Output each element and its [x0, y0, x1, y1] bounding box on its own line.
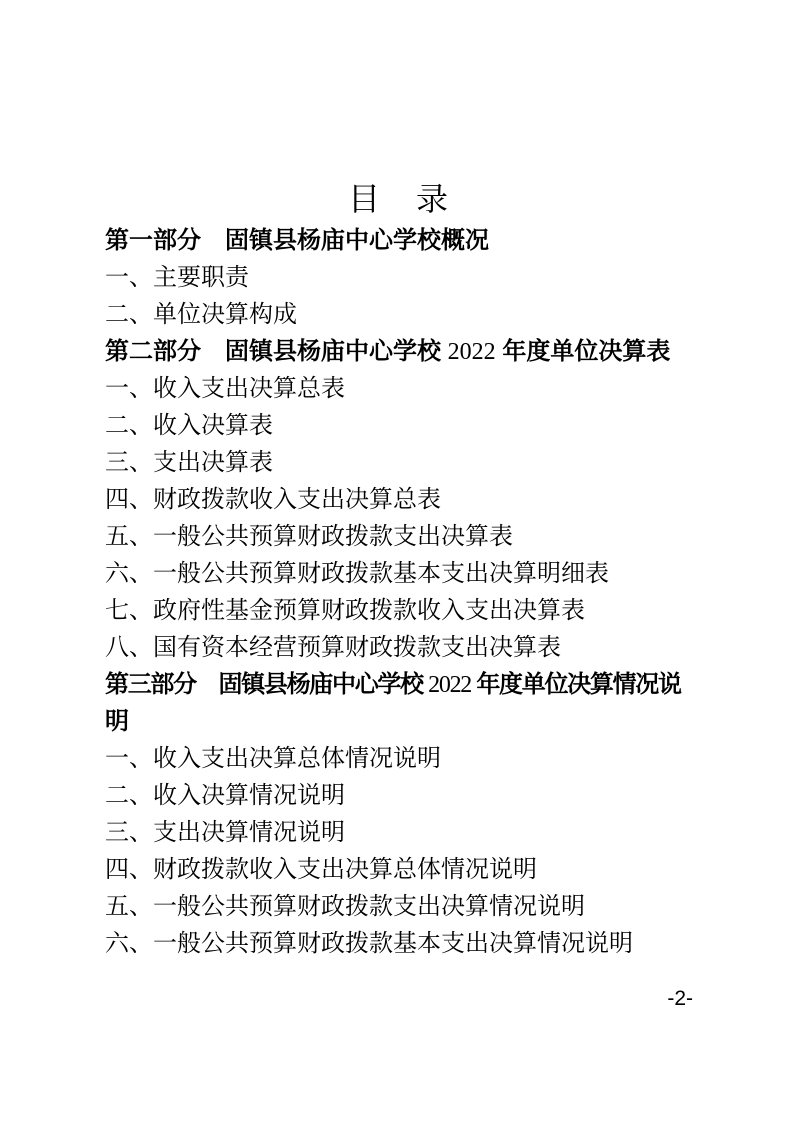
part2-heading-text: 年度单位决算表 — [496, 338, 671, 365]
part1-heading: 第一部分 固镇县杨庙中心学校概况 — [105, 222, 693, 259]
toc-item: 四、财政拨款收入支出决算总体情况说明 — [105, 851, 693, 888]
part3-heading-line2: 明 — [105, 703, 693, 740]
part2-heading-text: 第二部分 固镇县杨庙中心学校 — [105, 338, 448, 365]
part3-heading-line1: 第三部分 固镇县杨庙中心学校 2022 年度单位决算情况说 — [105, 666, 693, 703]
toc-item: 一、收入支出决算总表 — [105, 370, 693, 407]
toc-item: 七、政府性基金预算财政拨款收入支出决算表 — [105, 592, 693, 629]
toc-item: 一、主要职责 — [105, 259, 693, 296]
toc-item: 六、一般公共预算财政拨款基本支出决算情况说明 — [105, 925, 693, 962]
part3-heading-year: 2022 — [428, 672, 471, 698]
toc-item: 五、一般公共预算财政拨款支出决算表 — [105, 518, 693, 555]
toc-item: 二、收入决算情况说明 — [105, 777, 693, 814]
page-number: -2- — [105, 985, 693, 1013]
part2-heading-year: 2022 — [448, 339, 496, 365]
toc-item: 六、一般公共预算财政拨款基本支出决算明细表 — [105, 555, 693, 592]
toc-item: 五、一般公共预算财政拨款支出决算情况说明 — [105, 888, 693, 925]
part3-heading-text: 第三部分 固镇县杨庙中心学校 — [105, 671, 428, 698]
part3-heading-text: 年度单位决算情况说 — [471, 671, 681, 698]
toc-item: 三、支出决算表 — [105, 444, 693, 481]
toc-item: 八、国有资本经营预算财政拨款支出决算表 — [105, 629, 693, 666]
toc-item: 三、支出决算情况说明 — [105, 814, 693, 851]
document-page: 目 录 第一部分 固镇县杨庙中心学校概况 一、主要职责 二、单位决算构成 第二部… — [0, 0, 794, 1122]
toc-item: 四、财政拨款收入支出决算总表 — [105, 481, 693, 518]
part2-heading: 第二部分 固镇县杨庙中心学校 2022 年度单位决算表 — [105, 333, 693, 370]
toc-item: 二、收入决算表 — [105, 407, 693, 444]
toc-item: 二、单位决算构成 — [105, 296, 693, 333]
toc-item: 一、收入支出决算总体情况说明 — [105, 740, 693, 777]
toc-content: 目 录 第一部分 固镇县杨庙中心学校概况 一、主要职责 二、单位决算构成 第二部… — [105, 176, 693, 962]
toc-title: 目 录 — [105, 176, 693, 222]
